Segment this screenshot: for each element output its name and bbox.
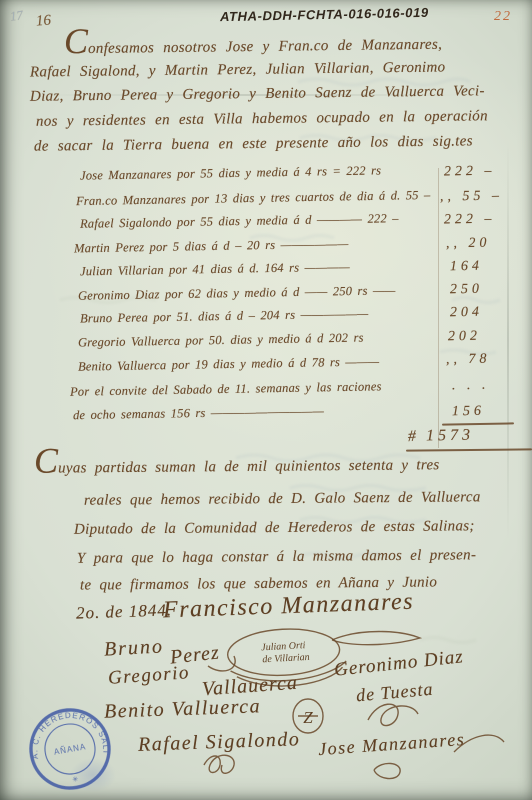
subtotal-rule xyxy=(442,422,514,425)
account-row-amount: 222 – xyxy=(444,164,496,181)
account-row-amount: 222 – xyxy=(444,212,496,229)
folio-number-right: 22 xyxy=(494,9,512,25)
stamp-center-text: AÑANA xyxy=(53,742,87,757)
paragraph1-line2: Rafael Sigalond, y Martin Perez, Julian … xyxy=(30,59,446,81)
account-row-desc: Bruno Perea por 51. dias á d – 204 rs ——… xyxy=(80,306,369,326)
rafael-rubric-flourish xyxy=(202,753,272,777)
folio-number-left: 16 xyxy=(35,12,51,30)
account-row-amount: ,, 55 – xyxy=(440,188,503,205)
account-row-amount: 250 xyxy=(450,282,483,299)
account-row-amount: 164 xyxy=(450,259,483,276)
account-row-amount: . . . xyxy=(452,378,490,395)
benito-rubric-letter: Z xyxy=(303,708,313,727)
paragraph2-line1: Cuyas partidas suman la de mil quiniento… xyxy=(34,450,440,478)
account-row-amount: 204 xyxy=(450,305,483,322)
paragraph2-line4: Y para que lo haga constar á la misma da… xyxy=(77,547,476,567)
amount-column-separator xyxy=(438,168,439,448)
account-row-amount: ,, 78 xyxy=(446,352,491,369)
jose-rubric-flourish xyxy=(452,730,508,756)
paragraph2-line3: Diputado de la Comunidad de Herederos de… xyxy=(74,518,475,538)
julian-oval-line2: de Villarian xyxy=(262,652,310,665)
account-row-desc: de ocho semanas 156 rs —————————— xyxy=(73,404,324,423)
account-row-amount: ,, 20 xyxy=(446,236,491,253)
account-row-desc: Martin Perez por 5 dias á d – 20 rs ————… xyxy=(74,237,349,257)
archive-code: ATHA-DDH-FCHTA-016-016-019 xyxy=(220,5,429,24)
signature-gregorio: Gregorio xyxy=(107,662,190,690)
jose-lower-flourish xyxy=(372,760,412,780)
account-row-desc: Por el convite del Sabado de 11. semanas… xyxy=(70,379,382,399)
account-row-amount: 156 xyxy=(452,404,485,421)
signature-jose-manzanares: Jose Manzanares xyxy=(317,729,465,760)
signature-francisco-manzanares: Francisco Manzanares xyxy=(163,589,415,625)
paragraph1-line1: Confesamos nosotros Jose y Fran.co de Ma… xyxy=(64,30,442,59)
account-row-desc: Benito Valluerca por 19 dias y medio á d… xyxy=(78,354,380,374)
signature-bruno: Bruno xyxy=(103,635,164,661)
account-row-amount: 202 xyxy=(448,329,481,346)
account-row-desc: Julian Villarian por 41 dias á d. 164 rs… xyxy=(80,260,350,280)
account-row-desc: Geronimo Diaz por 62 dias y medio á d ——… xyxy=(78,283,396,304)
paragraph1-line4: nos y residentes en esta Villa habemos o… xyxy=(36,108,488,131)
total-mark: # xyxy=(407,428,416,447)
account-row-desc: Rafael Sigalondo por 55 dias y media á d… xyxy=(80,211,399,232)
account-row-desc: Fran.co Manzanares por 13 dias y tres cu… xyxy=(76,188,431,209)
geronimo-rubric-flourish xyxy=(366,698,426,732)
stamp-ink-smudge xyxy=(70,758,116,792)
total-amount: 1573 xyxy=(426,427,474,446)
account-row-desc: Jose Manzanares por 55 dias y media á 4 … xyxy=(80,163,381,183)
signature-benito-valluerca: Benito Valluerca xyxy=(104,695,262,723)
folio-number-faint: 17 xyxy=(9,7,24,25)
paragraph1-line5: de sacar la Tierra buena en este present… xyxy=(34,133,473,155)
account-row-desc: Gregorio Valluerca por 50. dias y medio … xyxy=(78,331,364,351)
paper-crease-right xyxy=(507,140,509,540)
manuscript-page: 17 16 ATHA-DDH-FCHTA-016-016-019 22 Conf… xyxy=(0,0,532,800)
paragraph1-line3: Diaz, Bruno Perea y Gregorio y Benito Sa… xyxy=(30,83,485,106)
paragraph2-line2: reales que hemos recibido de D. Galo Sae… xyxy=(84,489,481,509)
date-line: 2o. de 1844. xyxy=(76,600,173,623)
